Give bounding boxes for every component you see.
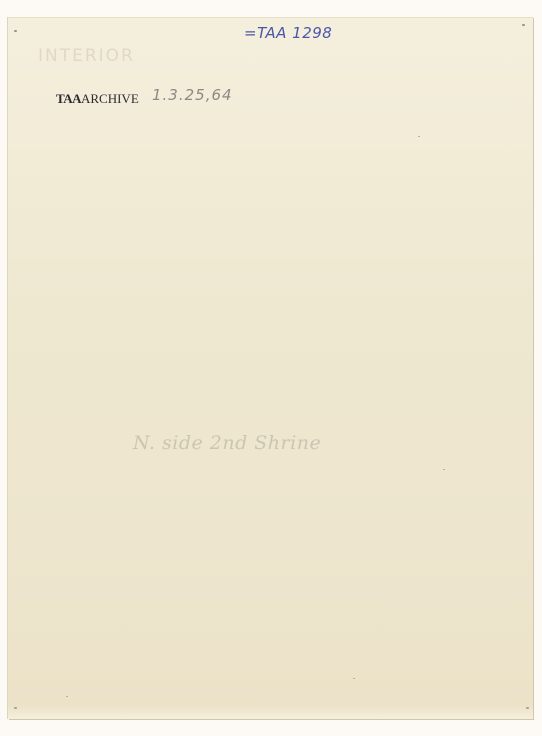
document-page: INTERIOR =TAA 1298 TAAARCHIVE 1.3.25,64 … xyxy=(8,17,533,719)
paper-speck xyxy=(418,136,420,137)
paper-speck xyxy=(353,678,355,679)
paper-speck xyxy=(443,469,445,470)
pencil-date: 1.3.25,64 xyxy=(152,86,233,104)
archive-stamp: TAAARCHIVE xyxy=(56,91,139,107)
paper-speck xyxy=(66,696,68,697)
corner-mark xyxy=(14,707,17,709)
archive-stamp-abbrev: TAA xyxy=(56,91,81,106)
corner-mark xyxy=(526,707,529,709)
pencil-caption: N. side 2nd Shrine xyxy=(133,432,321,454)
corner-mark xyxy=(14,30,17,32)
reference-number: =TAA 1298 xyxy=(244,24,332,42)
corner-mark xyxy=(522,24,525,26)
faded-interior-stamp: INTERIOR xyxy=(38,46,135,66)
archive-stamp-word: ARCHIVE xyxy=(81,91,139,106)
